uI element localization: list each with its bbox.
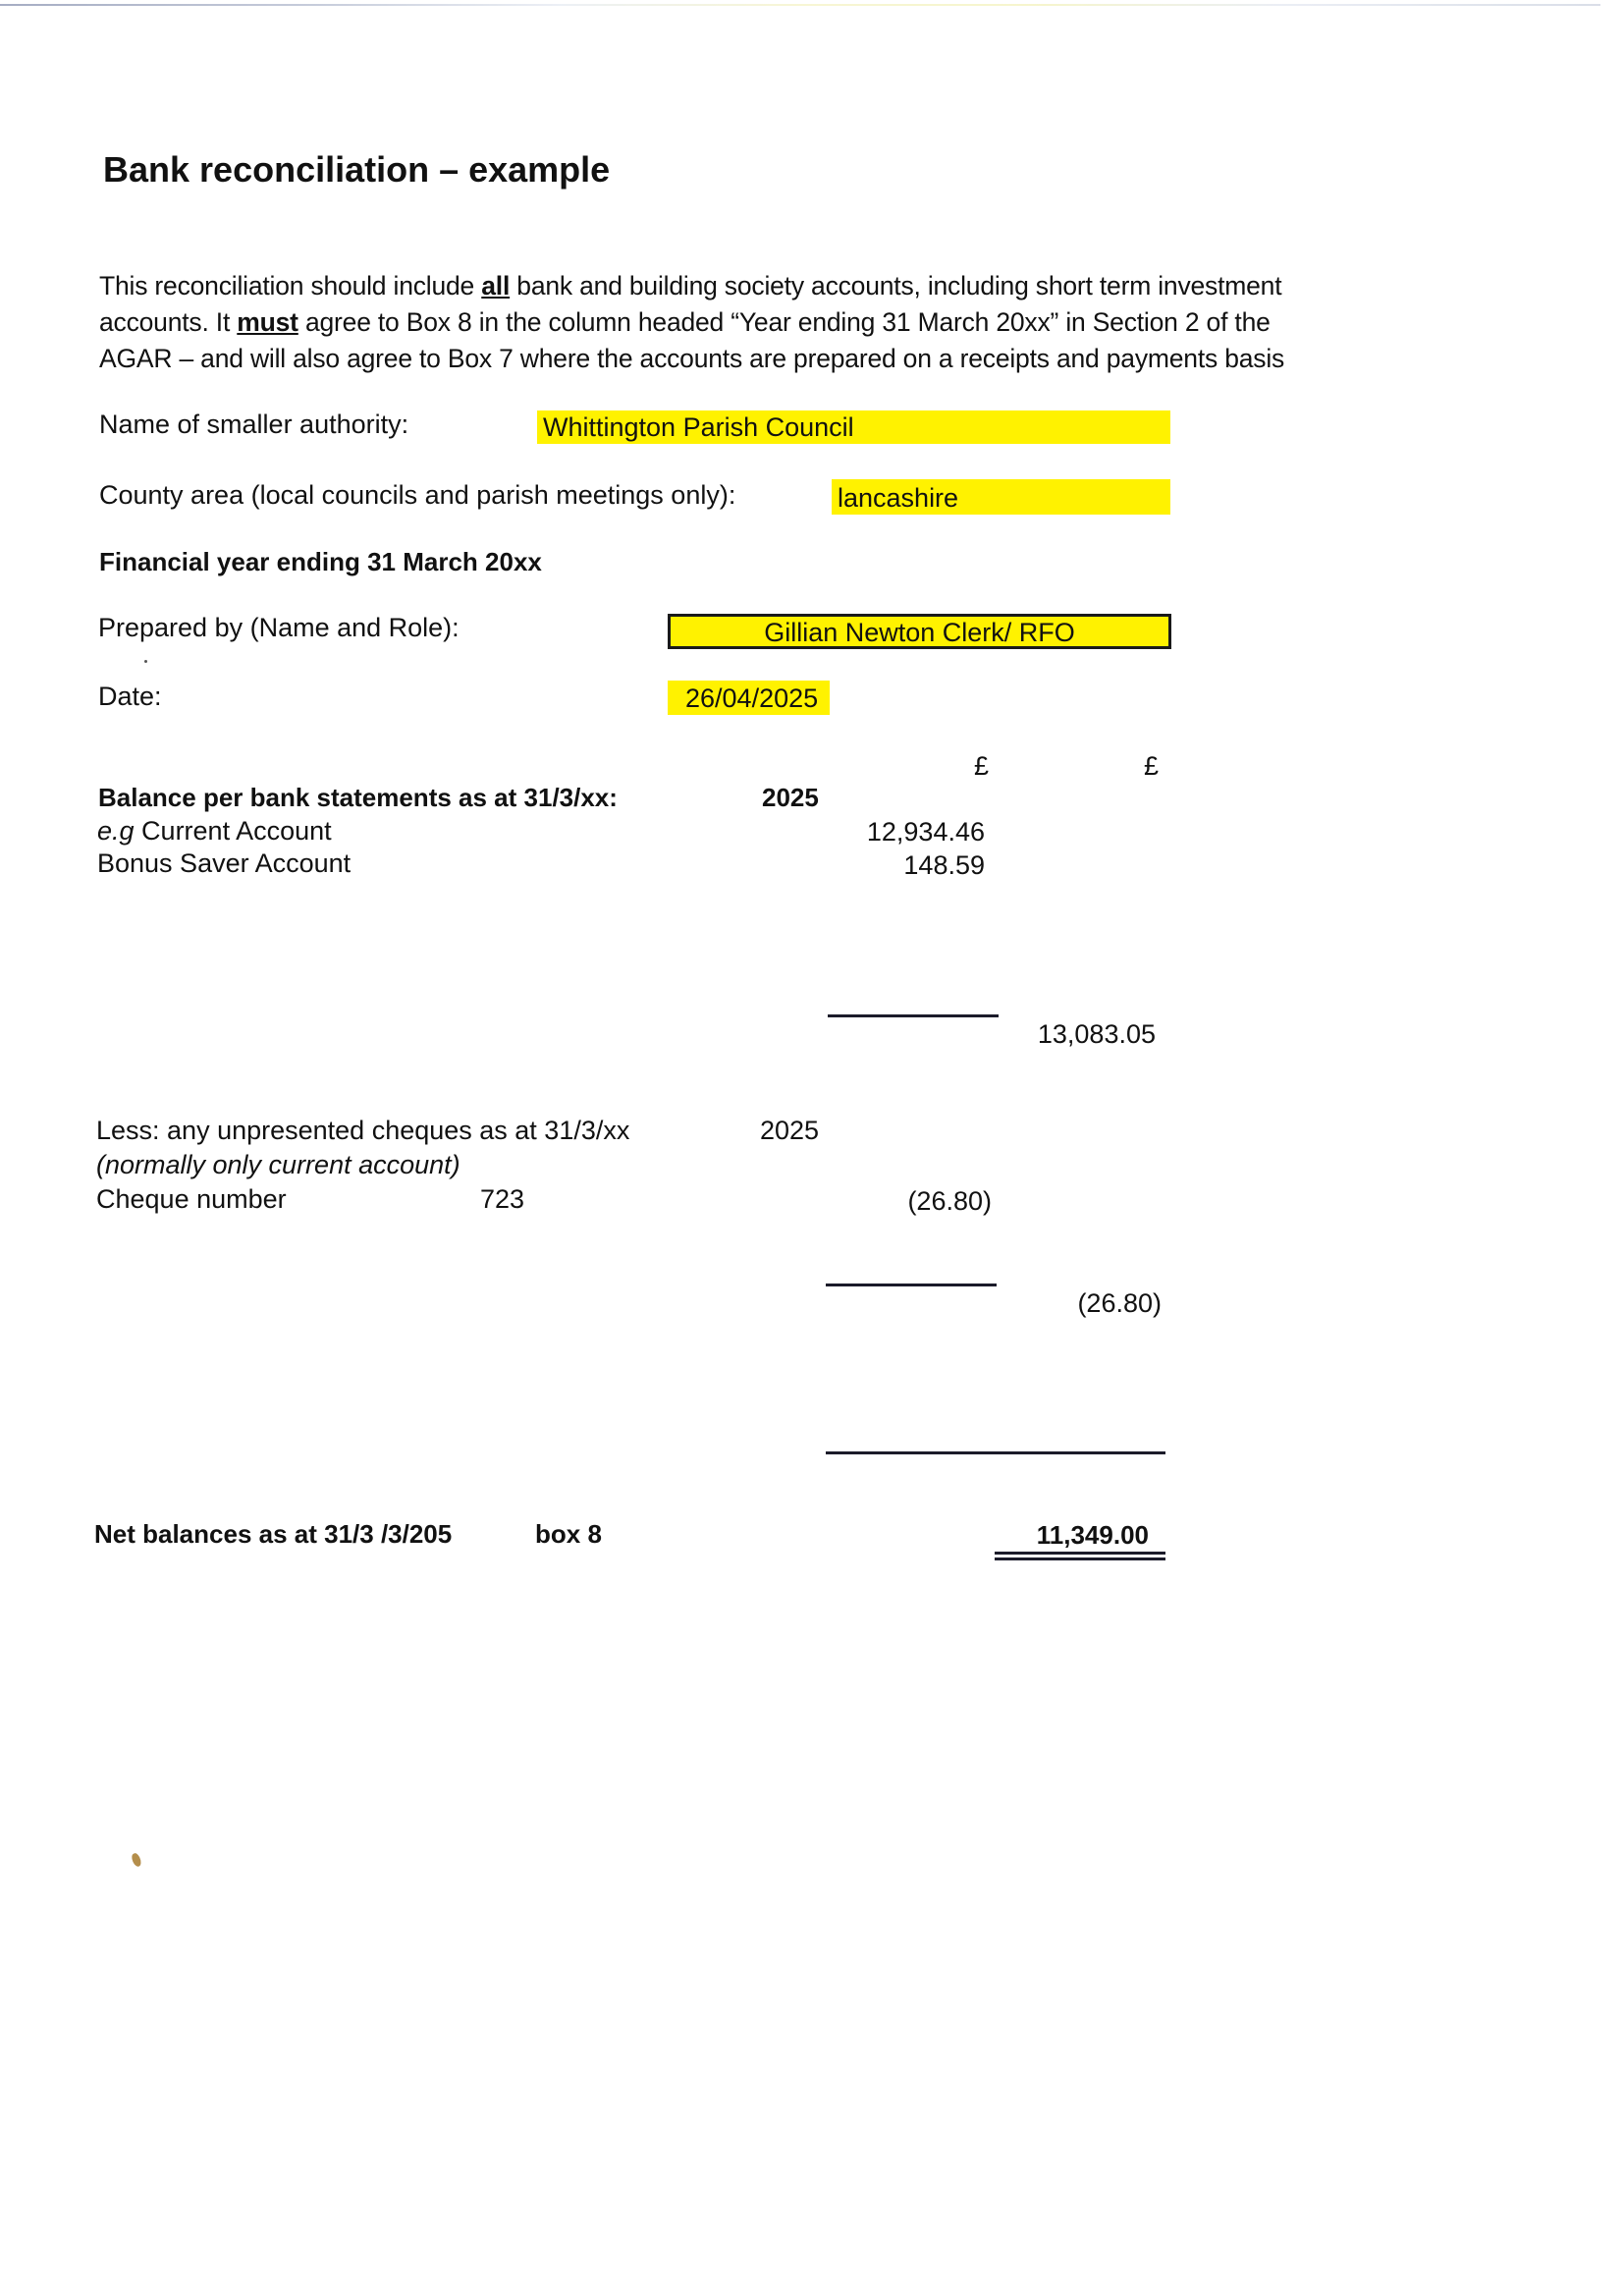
net-balances-label: Net balances as at 31/3 /3/205: [94, 1519, 452, 1550]
box-reference: box 8: [535, 1519, 602, 1550]
date-label: Date:: [98, 682, 162, 712]
account-amount-bonus-saver: 148.59: [805, 850, 985, 881]
balances-heading: Balance per bank statements as at 31/3/x…: [98, 783, 618, 813]
intro-line-2: accounts. It must agree to Box 8 in the …: [99, 307, 1271, 338]
intro-text: bank and building society accounts, incl…: [510, 271, 1281, 301]
prepared-by-field[interactable]: Gillian Newton Clerk/ RFO: [668, 614, 1171, 649]
cheque-amount: (26.80): [815, 1186, 992, 1217]
authority-label: Name of smaller authority:: [99, 410, 408, 440]
account-row-bonus-saver: Bonus Saver Account: [97, 848, 351, 879]
cheques-subtotal: (26.80): [982, 1288, 1162, 1319]
intro-text: agree to Box 8 in the column headed “Yea…: [298, 307, 1271, 337]
intro-emphasis-must: must: [237, 307, 298, 337]
county-field[interactable]: lancashire: [832, 479, 1170, 515]
unpresented-note: (normally only current account): [96, 1150, 460, 1180]
prepared-by-label: Prepared by (Name and Role):: [98, 613, 460, 643]
intro-line-1: This reconciliation should include all b…: [99, 271, 1281, 301]
page-title: Bank reconciliation – example: [103, 149, 610, 191]
currency-symbol-col1: £: [974, 751, 989, 782]
example-prefix: e.g: [97, 816, 135, 846]
grand-total-rule: [826, 1451, 1165, 1454]
subtotal-rule-balances: [828, 1014, 999, 1017]
balances-subtotal: 13,083.05: [982, 1019, 1156, 1050]
date-field[interactable]: 26/04/2025: [668, 681, 830, 715]
account-name: Current Account: [135, 816, 332, 846]
balances-year: 2025: [762, 783, 819, 813]
currency-symbol-col2: £: [1144, 751, 1159, 782]
cheque-number: 723: [480, 1184, 524, 1215]
subtotal-rule-cheques: [826, 1284, 997, 1286]
intro-line-3: AGAR – and will also agree to Box 7 wher…: [99, 344, 1284, 374]
double-underline-top: [995, 1552, 1165, 1555]
account-amount-current: 12,934.46: [805, 817, 985, 847]
financial-year-heading: Financial year ending 31 March 20xx: [99, 547, 542, 577]
scan-stain-mark: [130, 1852, 142, 1868]
intro-emphasis-all: all: [481, 271, 510, 301]
scan-edge-artifact: [0, 4, 1600, 6]
net-balances-total: 11,349.00: [982, 1520, 1149, 1551]
unpresented-year: 2025: [760, 1116, 819, 1146]
authority-field[interactable]: Whittington Parish Council: [537, 410, 1170, 444]
double-underline-bottom: [995, 1557, 1165, 1560]
county-label: County area (local councils and parish m…: [99, 480, 735, 511]
account-row-current: e.g Current Account: [97, 816, 332, 847]
stray-dot: [144, 660, 147, 663]
intro-text: accounts. It: [99, 307, 237, 337]
unpresented-heading: Less: any unpresented cheques as at 31/3…: [96, 1116, 629, 1146]
intro-text: This reconciliation should include: [99, 271, 481, 301]
cheque-label: Cheque number: [96, 1184, 287, 1215]
